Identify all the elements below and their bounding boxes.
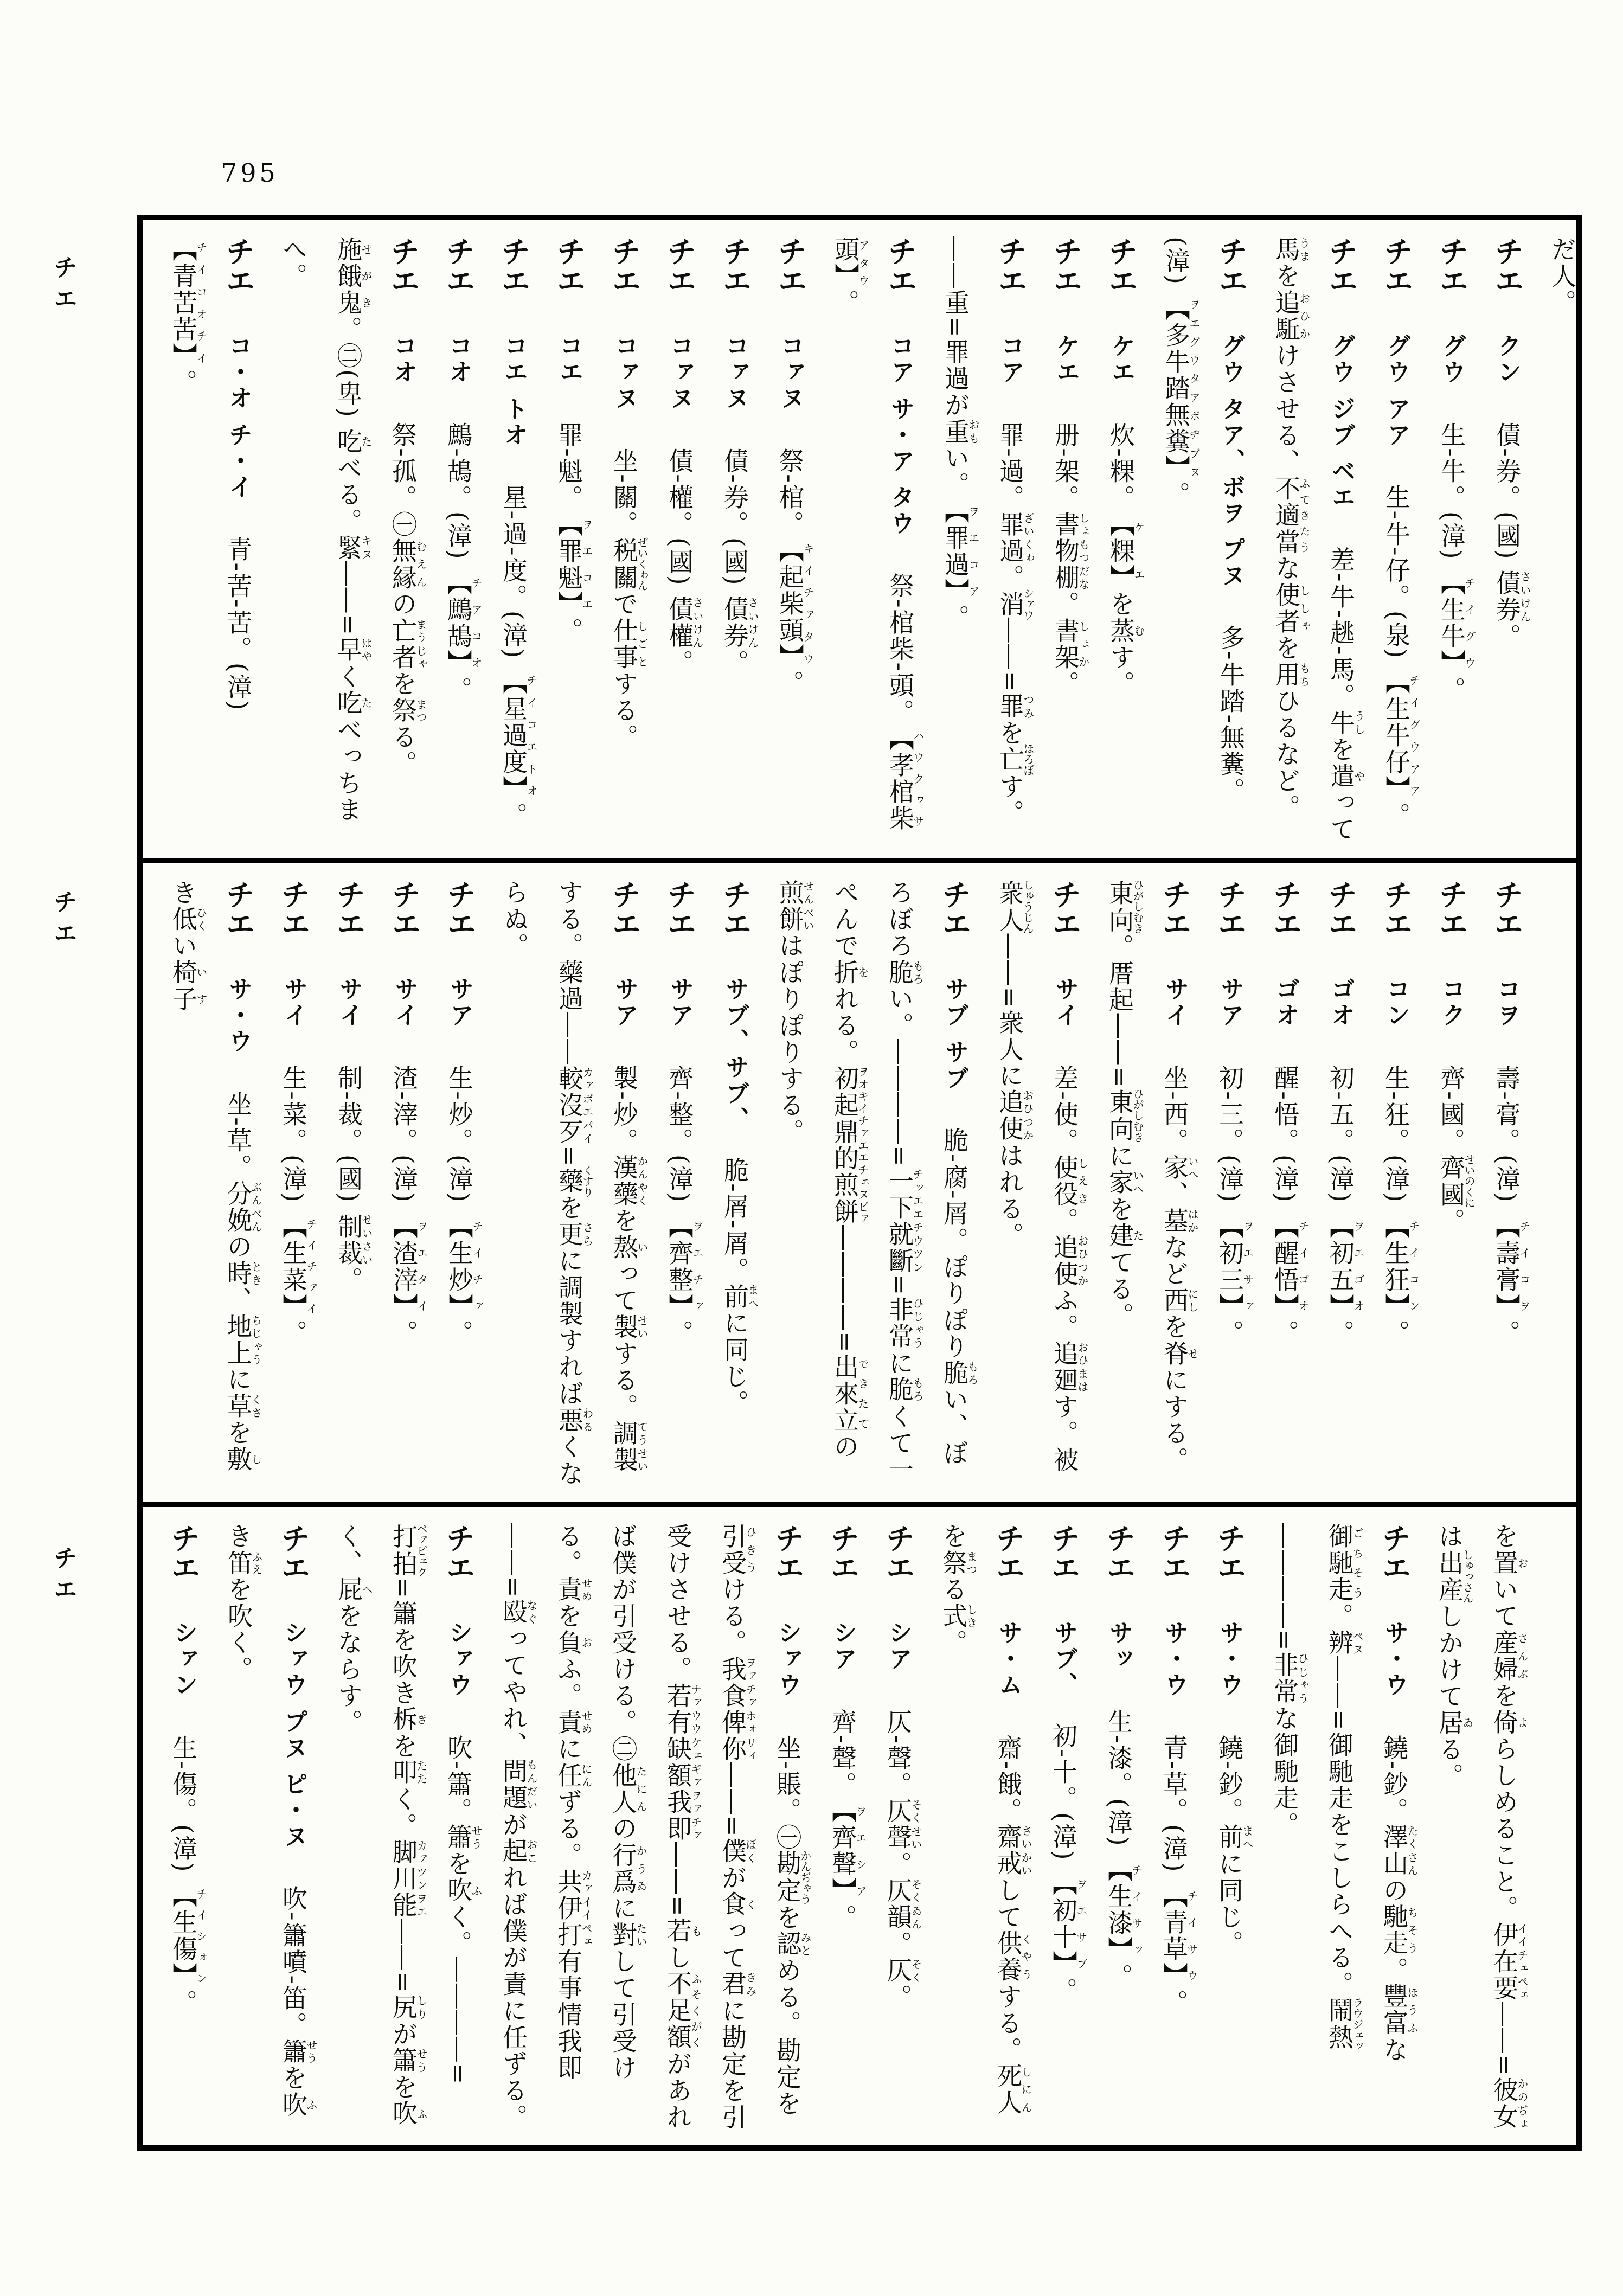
entry-header-kana: チエ xyxy=(1379,880,1413,967)
band-bottom-columns: を置おいて産婦さんぷを倚よらしめること。伊在要イイチェペェ――=彼女かのぢょは出… xyxy=(156,1523,1531,2131)
entry-definition: 齊-整。(漳) 【齊整】ヲエチァ。 xyxy=(665,1065,694,1346)
dictionary-entry: チエ コァヌ 債-權。(國) 債權さいけん。 xyxy=(652,236,707,844)
dictionary-entry: チエ コァヌ 坐-關。税關ぜいくゎんで仕事しごとする。 xyxy=(596,236,652,844)
entry-header-kana: チエ xyxy=(1435,236,1469,324)
entry-definition: 債-券。(國) 債券さいけん。 xyxy=(720,447,749,676)
entry-definition: 坐-西。家いへ、墓はかなど西にしを脊せにする。東向ひがしむき。厝起――=東向ひが… xyxy=(1105,880,1189,1473)
entry-header-kana: チエ xyxy=(497,236,531,324)
dictionary-entry: チエ サア 齊-整。(漳) 【齊整】ヲエチァ。 xyxy=(652,880,707,1487)
dictionary-entry: チエ サア 生-炒。(漳) 【生炒】チイチァ。 xyxy=(432,880,487,1487)
entry-header-kana: チエ xyxy=(441,236,476,324)
entry-definition: 炊-粿。【粿】ケエを蒸むす。 xyxy=(1106,421,1136,697)
entry-headword-kana: ゴオ xyxy=(1327,977,1355,1055)
entry-header-kana: チエ xyxy=(277,1523,311,1611)
entry-header-kana: チエ xyxy=(387,880,421,967)
entry-definition: 祭-棺。【起柴頭】キイチァタウ。 xyxy=(775,447,805,697)
dictionary-entry: チエ ゴオ 初-五。(漳) 【初五】ヲエゴオ。 xyxy=(1313,880,1368,1487)
entry-definition: 罪-過。罪過ざいくゎ。消シァウ――=罪つみを亡ほろぼす。――重=罪過が重おもい。… xyxy=(941,236,1025,826)
entry-definition: 壽-膏。(漳) 【壽膏】チイコヲ。 xyxy=(1492,1065,1521,1346)
dictionary-entry: チエ グウ タア、ボヲ プヌ 多-牛踏-無糞。(漳) 【多牛踏無糞】ヲエグウタア… xyxy=(1149,236,1259,844)
entry-headword-kana: グウ タア、ボヲ プヌ xyxy=(1217,334,1245,615)
entry-headword-kana: サイ xyxy=(1161,977,1189,1055)
entry-definition: 齊-聲。【齊聲】ヲエシア。 xyxy=(828,1708,857,1931)
entry-header-kana: チエ xyxy=(441,1523,476,1611)
entry-definition: 坐-關。税關ぜいくゎんで仕事しごとする。 xyxy=(610,447,639,751)
dictionary-entry: チエ サイ 差-使。使役しえき。追使おひつかふ。追廻おひまはす。被衆人しゅうじん… xyxy=(982,880,1092,1487)
entry-definition: 生-傷。(漳) 【生傷】チイシォン。 xyxy=(169,1734,198,2016)
entry-definition: 債-券。(國) 債券さいけん。 xyxy=(1492,421,1522,650)
dictionary-entry: チエ クン 債-券。(國) 債券さいけん。 xyxy=(1479,236,1535,844)
entry-headword-kana: サイ xyxy=(1051,977,1079,1055)
entry-header-kana: チエ xyxy=(552,236,586,324)
entry-header-kana: チエ xyxy=(277,880,311,967)
dictionary-entry: チエ コン 生-狂。(漳) 【生狂】チイコン。 xyxy=(1368,880,1423,1487)
entry-definition: 齋-餓。齋戒さいかいして供養くやうする。死人しにんを祭まつる式しき。 xyxy=(939,1523,1023,2117)
dictionary-entry: チエ コオ 鷓-鴣。(漳) 【鷓鴣】チアコオ。 xyxy=(431,236,486,844)
entry-definition: 制-裁。(國) 制裁せいさい。 xyxy=(334,1065,363,1293)
entry-headword-kana: コア サ・ア タウ xyxy=(887,334,914,563)
entry-definition: 吹-簫。簫せうを吹ふく。――――=打拍ペァピェク=簫を吹き柝きを叩たたく。脚川能… xyxy=(334,1523,473,2127)
dictionary-entry: チエ ケエ 册-架。書物棚しょもつだな。書架しょか。 xyxy=(1038,236,1093,844)
entry-definition: 生-漆。(漳) 【生漆】チイサッ。 xyxy=(1104,1708,1133,1990)
entry-header-kana: チエ xyxy=(221,880,255,967)
entry-definition: 差-使。使役しえき。追使おひつかふ。追廻おひまはす。被衆人しゅうじん――=衆人に… xyxy=(995,880,1079,1473)
entry-definition: 差-牛-趒-馬。牛うしを遣やって馬うまを追駈おひかけさせる、不適當ふてきたうな使… xyxy=(1272,236,1356,843)
entry-header-kana: チエ xyxy=(773,236,807,324)
entry-headword-kana: コァヌ xyxy=(666,334,694,438)
entry-headword-kana: サ・ウ xyxy=(224,977,252,1081)
dictionary-entry: チエ サ・ウ 鐃-鈔。前まへに同じ。 xyxy=(1202,1523,1257,2131)
entry-header-kana: チエ xyxy=(1048,880,1082,967)
dictionary-entry: チエ コオ 祭-孤。㊀無縁むえんの亡者まうじゃを祭まつる。施餓鬼せがき。㊁(卑)… xyxy=(266,236,431,844)
entry-headword-kana: サイ xyxy=(280,977,307,1055)
dictionary-entry: チエ サ・ウ 坐-草。分娩ぶんべんの時とき、地上ちじゃうに草くさを敷しき低ひくい… xyxy=(156,880,266,1487)
entry-header-kana: チエ xyxy=(993,236,1028,324)
entry-header-kana: チエ xyxy=(1214,236,1248,324)
entry-header-kana: チエ xyxy=(332,880,366,967)
entry-definition: 坐-賬。㊀勘定かんぢゃうを認みとめる。勘定を引受ひきうける。我食俾你ヲァチァホォ… xyxy=(499,1523,802,2131)
entry-headword-kana: サブ サブ xyxy=(941,977,968,1118)
dictionary-entry: チエ シァン 生-傷。(漳) 【生傷】チイシォン。 xyxy=(156,1523,211,2131)
dictionary-entry: チエ サブ、 初-十。(漳) 【初十】ヲエサブ。 xyxy=(1036,1523,1091,2131)
entry-definition: 罪-魁。【罪魁】ヲエコエ。 xyxy=(554,421,583,644)
entry-headword-kana: サア xyxy=(666,977,694,1055)
entry-header-kana: チエ xyxy=(1434,880,1468,967)
dictionary-entry: チエ グウ アア 生-牛-仔。(泉) 【生牛仔】チイグウアア。 xyxy=(1369,236,1424,844)
entry-definition: 鷓-鴣。(漳) 【鷓鴣】チアコオ。 xyxy=(444,421,473,703)
entry-headword-kana: ケエ xyxy=(1052,334,1080,412)
entry-headword-kana: シァウ プヌ ピ・ヌ xyxy=(280,1620,307,1876)
entry-definition: 坐-草。分娩ぶんべんの時とき、地上ちじゃうに草くさを敷しき低ひくい椅子いす xyxy=(169,880,253,1473)
entry-definition: を置おいて産婦さんぷを倚よらしめること。伊在要イイチェペェ――=彼女かのぢょは出… xyxy=(1435,1523,1519,2131)
entry-headword-kana: コン xyxy=(1382,977,1410,1055)
dictionary-entry: チエ サ・ウ 鐃-鈔。澤山たくさんの馳走ちそう。豐富ほうふな御馳走ごちそう。辨ペ… xyxy=(1257,1523,1422,2131)
entry-definition: 册-架。書物棚しょもつだな。書架しょか。 xyxy=(1051,421,1080,697)
entry-headword-kana: グウ アア xyxy=(1383,334,1410,474)
entry-headword-kana: コ・オ チ・イ xyxy=(224,334,252,527)
page-number: 795 xyxy=(221,158,279,188)
entry-header-kana: チエ xyxy=(1104,236,1138,324)
entry-definition: 生-炒。(漳) 【生炒】チイチァ。 xyxy=(445,1065,474,1346)
entry-header-kana: チエ xyxy=(826,1523,860,1611)
entry-definition: 製-炒。漢藥かんやくを熬いって製せいする。調製てうせいする。藥過――較沒歹カァボ… xyxy=(500,880,639,1487)
band-middle-columns: チエ コヲ 壽-膏。(漳) 【壽膏】チイコヲ。 チエ コク 齊-國。齊國せいのく… xyxy=(156,880,1534,1487)
entry-headword-kana: グウ xyxy=(1438,334,1466,412)
entry-header-kana: チエ xyxy=(1324,880,1358,967)
entry-definition: 仄-聲。仄聲そくせい。仄韻そくゐん。仄そく。 xyxy=(883,1708,913,2011)
entry-headword-kana: クン xyxy=(1493,334,1521,412)
dictionary-entry: チエ シア 齊-聲。【齊聲】ヲエシア。 xyxy=(815,1523,870,2131)
dictionary-entry: を置おいて産婦さんぷを倚よらしめること。伊在要イイチェペェ――=彼女かのぢょは出… xyxy=(1422,1523,1531,2131)
entry-definition: 生-狂。(漳) 【生狂】チイコン。 xyxy=(1381,1065,1410,1346)
entry-definition: 星-過-度。(漳) 【星過度】チイコエトオ。 xyxy=(499,484,528,829)
dictionary-entry: チエ ケエ 炊-粿。【粿】ケエを蒸むす。 xyxy=(1093,236,1149,844)
dictionary-entry: チエ サブ、サブ、 脆-屑-屑。前まへに同じ。 xyxy=(707,880,762,1487)
entry-headword-kana: コク xyxy=(1438,977,1465,1055)
entry-headword-kana: シァウ xyxy=(774,1620,801,1724)
dictionary-entry: チエ サ・ウ 青-草。(漳) 【青草】チイサウ。 xyxy=(1146,1523,1202,2131)
entry-headword-kana: サア xyxy=(611,977,638,1055)
entry-headword-kana: コァヌ xyxy=(777,334,804,438)
entry-headword-kana: ケエ xyxy=(1107,334,1135,412)
dictionary-entry: チエ コ・オ チ・イ 青-苦-苦。(漳) 【青苦苦】チイコオチイ。 xyxy=(156,236,266,844)
entry-header-kana: チエ xyxy=(386,236,420,324)
entry-definition: 祭-孤。㊀無縁むえんの亡者まうじゃを祭まつる。施餓鬼せがき。㊁(卑) 吃たべる。… xyxy=(279,236,418,823)
entry-headword-kana: シァウ xyxy=(445,1620,472,1724)
dictionary-entry: チエ コア 罪-過。罪過ざいくゎ。消シァウ――=罪つみを亡ほろぼす。――重=罪過… xyxy=(928,236,1038,844)
entry-header-kana: チエ xyxy=(881,1523,915,1611)
entry-headword-kana: サア xyxy=(1216,977,1244,1055)
entry-header-kana: チエ xyxy=(1324,236,1358,324)
entry-headword-kana: グウ ジブ ベエ xyxy=(1327,334,1355,537)
entry-definition: 濟-窘扶-危。(文) 人ひとの窮迫危難きうはくきなんを扶たすける。――――=的人… xyxy=(1548,236,1576,839)
dictionary-entry: チエ ク・ヌ フウ グイ 濟-窘扶-危。(文) 人ひとの窮迫危難きうはくきなんを… xyxy=(1535,236,1576,844)
dictionary-entry: チエ サイ 制-裁。(國) 制裁せいさい。 xyxy=(321,880,376,1487)
dictionary-entry: チエ コク 齊-國。齊國せいのくに。 xyxy=(1423,880,1479,1487)
dictionary-entry: チエ シァウ 吹-簫。簫せうを吹ふく。――――=打拍ペァピェク=簫を吹き柝きを叩… xyxy=(321,1523,486,2131)
entry-definition: 初-五。(漳) 【初五】ヲエゴオ。 xyxy=(1326,1065,1355,1346)
entry-header-kana: チエ xyxy=(442,880,477,967)
entry-definition: 青-草。(漳) 【青草】チイサウ。 xyxy=(1159,1734,1189,2016)
entry-header-kana: チエ xyxy=(1157,1523,1191,1611)
entry-definition: 鐃-鈔。前まへに同じ。 xyxy=(1215,1734,1244,1957)
margin-tab-top: チエ xyxy=(31,255,80,318)
entry-header-kana: チエ xyxy=(883,236,918,324)
dictionary-entry: チエ サイ 渣-滓。(漳) 【渣滓】ヲエタイ。 xyxy=(376,880,432,1487)
entry-header-kana: チエ xyxy=(166,1523,201,1611)
entry-header-kana: チエ xyxy=(1377,1523,1412,1611)
band-top-columns: チエ ク・ヌ フウ グイ 濟-窘扶-危。(文) 人ひとの窮迫危難きうはくきなんを… xyxy=(156,236,1576,844)
entry-headword-kana: シァン xyxy=(170,1620,197,1724)
entry-header-kana: チエ xyxy=(663,880,697,967)
dictionary-entry: チエ サイ 坐-西。家いへ、墓はかなど西にしを脊せにする。東向ひがしむき。厝起―… xyxy=(1092,880,1202,1487)
entry-definition: 生-牛-仔。(泉) 【生牛仔】チイグウアア。 xyxy=(1382,484,1411,829)
entry-header-kana: チエ xyxy=(1213,1523,1247,1611)
entry-header-kana: チエ xyxy=(607,236,641,324)
entry-header-kana: チエ xyxy=(1213,880,1247,967)
dictionary-entry: チエ サア 製-炒。漢藥かんやくを熬いって製せいする。調製てうせいする。藥過――… xyxy=(487,880,652,1487)
dictionary-entry: チエ シァウ 坐-賬。㊀勘定かんぢゃうを認みとめる。勘定を引受ひきうける。我食俾… xyxy=(486,1523,815,2131)
entry-header-kana: チエ xyxy=(991,1523,1025,1611)
dictionary-entry: チエ コヲ 壽-膏。(漳) 【壽膏】チイコヲ。 xyxy=(1479,880,1534,1487)
entry-definition: 渣-滓。(漳) 【渣滓】ヲエタイ。 xyxy=(389,1065,419,1346)
margin-tab-middle: チエ xyxy=(31,889,80,952)
dictionary-entry: チエ サイ 生-菜。(漳) 【生菜】チイチァイ。 xyxy=(266,880,321,1487)
dictionary-entry: チエ ゴオ 醒-悟。(漳) 【醒悟】チイゴオ。 xyxy=(1258,880,1313,1487)
dictionary-entry: チエ シァウ プヌ ピ・ヌ 吹-簫噴-笛。簫せうを吹ふき笛ふえを吹く。 xyxy=(211,1523,321,2131)
dictionary-entry: チエ コエ トオ 星-過-度。(漳) 【星過度】チイコエトオ。 xyxy=(486,236,541,844)
entry-headword-kana: コァヌ xyxy=(721,334,749,438)
entry-header-kana: チエ xyxy=(1268,880,1303,967)
dictionary-entry: チエ コァヌ 債-券。(國) 債券さいけん。 xyxy=(707,236,762,844)
entry-header-kana: チエ xyxy=(1380,236,1414,324)
entry-header-kana: チエ xyxy=(771,1523,805,1611)
entry-headword-kana: サブ、サブ、 xyxy=(721,977,749,1147)
entry-header-kana: チエ xyxy=(1049,236,1083,324)
entry-definition: 脆-屑-屑。前まへに同じ。 xyxy=(720,1157,749,1416)
dictionary-entry: チエ サッ 生-漆。(漳) 【生漆】チイサッ。 xyxy=(1091,1523,1146,2131)
dictionary-entry: チエ コア サ・ア タウ 祭-棺柴-頭。【孝棺柴頭】ハウクヮサアタウ。 xyxy=(818,236,928,844)
entry-headword-kana: コエ トオ xyxy=(500,334,528,474)
dictionary-entry: チエ コァヌ 祭-棺。【起柴頭】キイチァタウ。 xyxy=(762,236,818,844)
dictionary-entry: チエ サブ サブ 脆-腐-屑。ぽりぽり脆もろい、ぼろぼろ脆もろい。――――=一下… xyxy=(762,880,982,1487)
entry-definition: 齊-國。齊國せいのくに。 xyxy=(1436,1065,1466,1235)
entry-headword-kana: ゴオ xyxy=(1272,977,1299,1055)
entry-header-kana: チエ xyxy=(221,236,255,324)
dictionary-entry: チエ サ・ム 齋-餓。齋戒さいかいして供養くやうする。死人しにんを祭まつる式しき… xyxy=(926,1523,1036,2131)
entry-header-kana: チエ xyxy=(1102,1523,1136,1611)
entry-header-kana: チエ xyxy=(1047,1523,1081,1611)
entry-header-kana: チエ xyxy=(718,880,752,967)
entry-header-kana: チエ xyxy=(1490,880,1524,967)
entry-definition: 生-牛。(漳) 【生牛】チイグウ。 xyxy=(1437,421,1466,703)
entry-definition: 生-菜。(漳) 【生菜】チイチァイ。 xyxy=(279,1065,308,1346)
entry-header-kana: チエ xyxy=(607,880,641,967)
margin-tab-bottom: チエ xyxy=(31,1545,80,1608)
entry-headword-kana: シア xyxy=(829,1620,857,1698)
entry-headword-kana: サイ xyxy=(390,977,418,1055)
entry-headword-kana: サイ xyxy=(335,977,363,1055)
entry-definition: 債-權。(國) 債權さいけん。 xyxy=(665,447,694,676)
entry-definition: 脆-腐-屑。ぽりぽり脆もろい、ぼろぼろ脆もろい。――――=一下就斷チッエエチウツ… xyxy=(775,880,969,1483)
band-middle: チエ コヲ 壽-膏。(漳) 【壽膏】チイコヲ。 チエ コク 齊-國。齊國せいのく… xyxy=(143,858,1576,1502)
entry-headword-kana: サ・ウ xyxy=(1216,1620,1243,1724)
dictionary-entry: チエ シア 仄-聲。仄聲そくせい。仄韻そくゐん。仄そく。 xyxy=(870,1523,926,2131)
entry-headword-kana: コエ xyxy=(555,334,583,412)
dictionary-entry: チエ サア 初-三。(漳) 【初三】ヲエサァ。 xyxy=(1202,880,1258,1487)
entry-headword-kana: サ・ウ xyxy=(1160,1620,1188,1724)
entry-headword-kana: コオ xyxy=(389,334,417,412)
entry-headword-kana: サ・ム xyxy=(995,1620,1022,1724)
entry-header-kana: チエ xyxy=(938,880,972,967)
entry-header-kana: チエ xyxy=(1490,236,1524,324)
entry-headword-kana: コオ xyxy=(445,334,472,412)
entry-definition: 醒-悟。(漳) 【醒悟】チイゴオ。 xyxy=(1271,1065,1300,1346)
entry-header-kana: チエ xyxy=(718,236,752,324)
entry-header-kana: チエ xyxy=(1158,880,1192,967)
dictionary-entry: チエ グウ ジブ ベエ 差-牛-趒-馬。牛うしを遣やって馬うまを追駈おひかけさせ… xyxy=(1259,236,1369,844)
dictionary-entry: チエ グウ 生-牛。(漳) 【生牛】チイグウ。 xyxy=(1424,236,1479,844)
band-top: チエ ク・ヌ フウ グイ 濟-窘扶-危。(文) 人ひとの窮迫危難きうはくきなんを… xyxy=(143,220,1576,858)
entry-headword-kana: コア xyxy=(997,334,1024,412)
page-frame: チエ ク・ヌ フウ グイ 濟-窘扶-危。(文) 人ひとの窮迫危難きうはくきなんを… xyxy=(137,215,1582,2151)
entry-headword-kana: シア xyxy=(884,1620,912,1698)
entry-headword-kana: サッ xyxy=(1105,1620,1133,1698)
entry-headword-kana: コァヌ xyxy=(611,334,638,438)
band-bottom: を置おいて産婦さんぷを倚よらしめること。伊在要イイチェペェ――=彼女かのぢょは出… xyxy=(143,1502,1576,2145)
entry-headword-kana: サア xyxy=(446,977,473,1055)
dictionary-entry: チエ コエ 罪-魁。【罪魁】ヲエコエ。 xyxy=(541,236,596,844)
entry-headword-kana: コヲ xyxy=(1493,977,1521,1055)
entry-definition: 初-三。(漳) 【初三】ヲエサァ。 xyxy=(1215,1065,1244,1346)
dictionary-page: 795 チエ チエ チエ チエ ク・ヌ フウ グイ 濟-窘扶-危。(文) 人ひと… xyxy=(0,0,1623,2296)
entry-headword-kana: サ・ウ xyxy=(1381,1620,1408,1724)
entry-headword-kana: サブ、 xyxy=(1050,1620,1077,1713)
entry-definition: 初-十。(漳) 【初十】ヲエサブ。 xyxy=(1049,1722,1078,2004)
entry-header-kana: チエ xyxy=(663,236,697,324)
